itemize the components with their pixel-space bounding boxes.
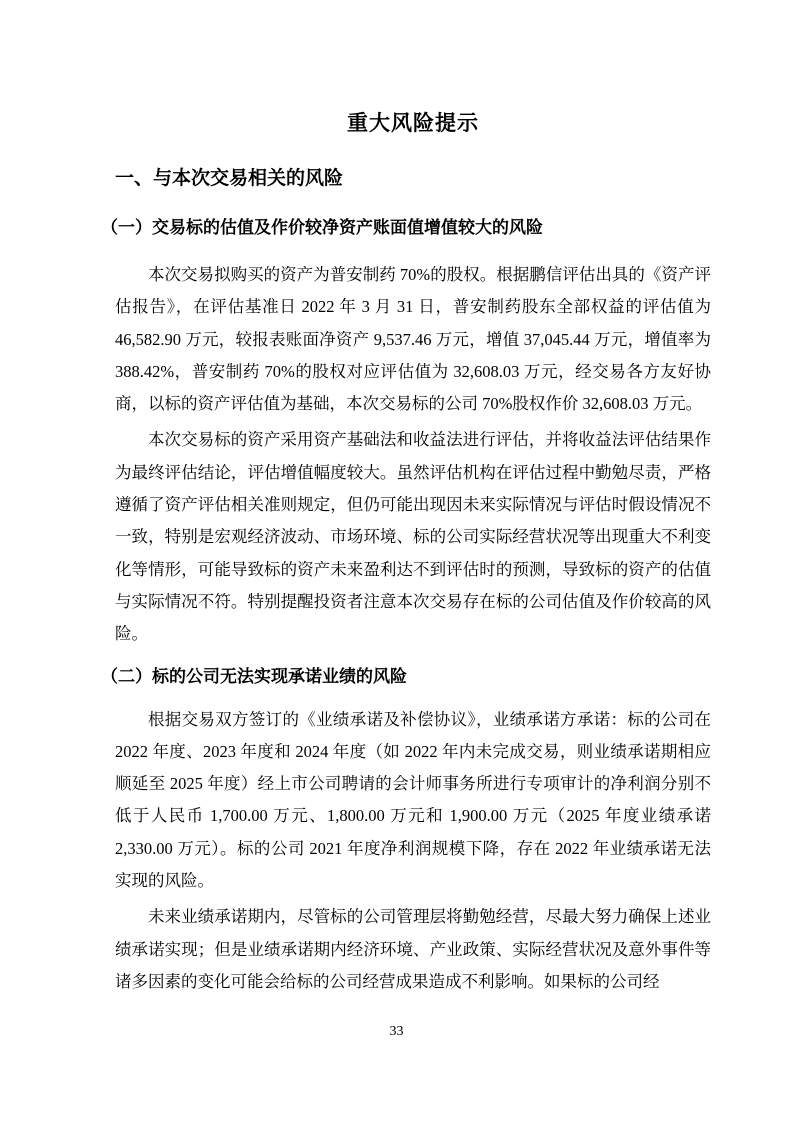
subsection-heading-performance-commitment-risk: （二）标的公司无法实现承诺业绩的风险 — [101, 665, 711, 688]
paragraph-valuation-details: 本次交易拟购买的资产为普安制药 70%的股权。根据鹏信评估出具的《资产评估报告》… — [115, 259, 711, 420]
document-content: 重大风险提示 一、与本次交易相关的风险 （一）交易标的估值及作价较净资产账面值增… — [115, 110, 711, 998]
paragraph-performance-commitment-details: 根据交易双方签订的《业绩承诺及补偿协议》，业绩承诺方承诺：标的公司在 2022 … — [115, 704, 711, 898]
document-page: 重大风险提示 一、与本次交易相关的风险 （一）交易标的估值及作价较净资产账面值增… — [0, 0, 793, 1122]
section-heading-transaction-risks: 一、与本次交易相关的风险 — [115, 166, 711, 191]
page-number: 33 — [0, 1024, 793, 1040]
paragraph-valuation-method-risk: 本次交易标的资产采用资产基础法和收益法进行评估，并将收益法评估结果作为最终评估结… — [115, 424, 711, 650]
document-title: 重大风险提示 — [115, 110, 711, 138]
paragraph-future-performance-risk: 未来业绩承诺期内，尽管标的公司管理层将勤勉经营，尽最大努力确保上述业绩承诺实现；… — [115, 901, 711, 998]
subsection-heading-valuation-premium-risk: （一）交易标的估值及作价较净资产账面值增值较大的风险 — [101, 216, 711, 239]
